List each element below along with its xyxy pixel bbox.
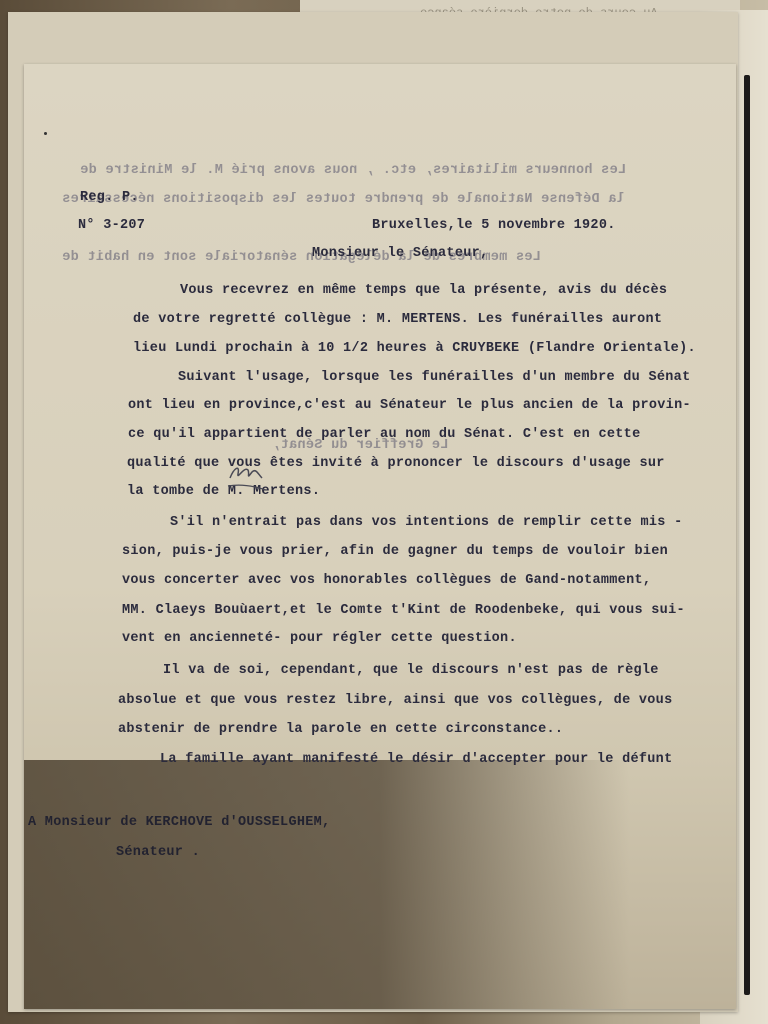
body-line: la tombe de M. Mertens.	[127, 484, 320, 499]
body-line: vent en ancienneté- pour régler cette qu…	[122, 631, 517, 646]
place-date: Bruxelles,le 5 novembre 1920.	[372, 218, 616, 233]
body-line: Vous recevrez en même temps que la prése…	[180, 283, 667, 298]
body-line: lieu Lundi prochain à 10 1/2 heures à CR…	[133, 341, 696, 356]
body-line: qualité que vous êtes invité à prononcer…	[127, 456, 665, 471]
body-line: S'il n'entrait pas dans vos intentions d…	[170, 515, 682, 530]
body-line: absolue et que vous restez libre, ainsi …	[118, 693, 673, 708]
body-line: sion, puis-je vous prier, afin de gagner…	[122, 544, 668, 559]
page-shadow	[24, 760, 736, 1009]
body-line: vous concerter avec vos honorables collè…	[122, 573, 651, 588]
binder-edge	[744, 75, 750, 995]
body-line: ce qu'il appartient de parler au nom du …	[128, 427, 640, 442]
body-line: Il va de soi, cependant, que le discours…	[163, 663, 659, 678]
body-line: La famille ayant manifesté le désir d'ac…	[160, 752, 672, 767]
salutation: Monsieur le Sénateur,	[312, 246, 488, 261]
addressee-name: A Monsieur de KERCHOVE d'OUSSELGHEM,	[28, 815, 330, 830]
reg-label: Reg. P.	[80, 190, 139, 205]
body-line: ont lieu en province,c'est au Sénateur l…	[128, 398, 691, 413]
body-line: de votre regretté collègue : M. MERTENS.…	[133, 312, 662, 327]
body-line: Suivant l'usage, lorsque les funérailles…	[178, 370, 690, 385]
body-line: abstenir de prendre la parole en cette c…	[118, 722, 563, 737]
handwritten-annotation	[226, 460, 266, 490]
punch-mark	[44, 132, 47, 135]
ghost-line: Les honneurs militaires, etc. , nous avo…	[80, 163, 626, 178]
addressee-title: Sénateur .	[116, 845, 200, 860]
body-line: MM. Claeys Bouùaert,et le Comte t'Kint d…	[122, 603, 685, 618]
ghost-line: la Défense Nationale de prendre toutes l…	[62, 192, 625, 207]
reference-number: N° 3-207	[78, 218, 145, 233]
